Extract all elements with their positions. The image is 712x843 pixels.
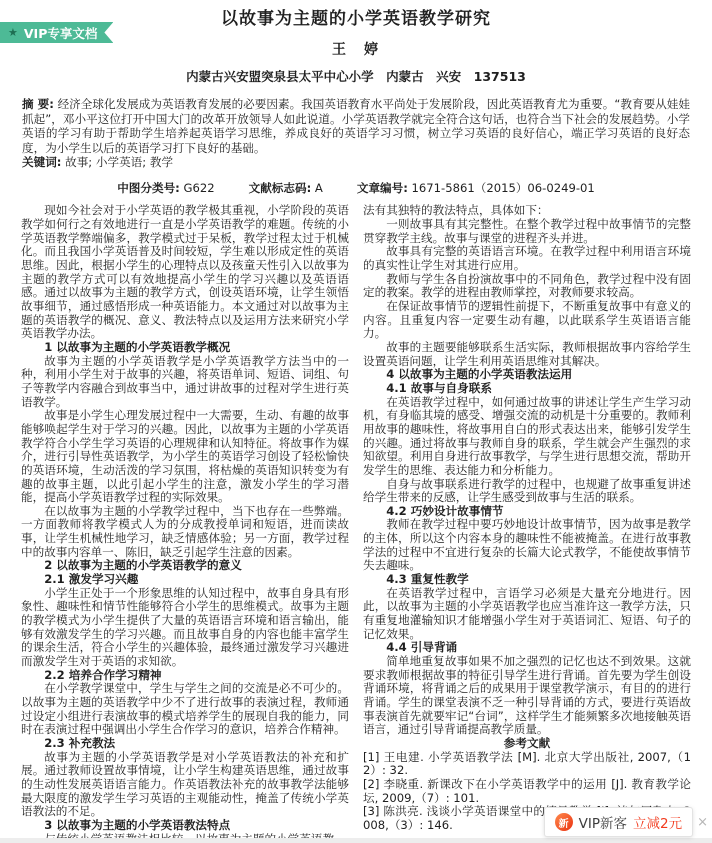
abstract-text: 经济全球化发展成为英语教育发展的必要因素。我国英语教育水平尚处于发展阶段，因此英… — [22, 97, 690, 155]
paragraph: 故事为主题的小学英语教学是小学英语教学方法当中的一种，利用小学生对于故事的兴趣，… — [21, 355, 349, 410]
right-column: 法有其独特的教法特点，具体如下：一则故事具有其完整性。在整个教学过程中故事情节的… — [363, 204, 691, 843]
star-icon: ★ — [8, 26, 18, 39]
paragraph: 法有其独特的教法特点，具体如下： — [363, 204, 691, 218]
paragraph: 简单地重复故事如果不加之强烈的记忆也达不到效果。这就要求教师根据故事的特征引导学… — [363, 655, 691, 737]
section-heading: 2.3 补充教法 — [21, 737, 349, 751]
paragraph: 故事为主题的小学英语教学是对小学英语教法的补充和扩展。通过教师设置故事情境，让小… — [21, 751, 349, 819]
paragraph: 在英语教学过程中，如何通过故事的讲述让学生产生学习动机，有身临其境的感受、增强交… — [363, 396, 691, 478]
paragraph: 一则故事具有其完整性。在整个教学过程中故事情节的完整贯穿教学主线。故事与课堂的进… — [363, 218, 691, 245]
paragraph: 教师在教学过程中要巧妙地设计故事情节，因为故事是教学的主体，所以这个内容本身的趣… — [363, 518, 691, 573]
vip-document-ribbon[interactable]: ★ VIP专享文档 — [0, 22, 113, 43]
section-heading: 4.4 引导背诵 — [363, 641, 691, 655]
references-heading: 参考文献 — [363, 737, 691, 751]
document-code: 文献标志码: A — [249, 180, 323, 196]
vip-promo-badge[interactable]: 新 VIP新客立减2元 — [544, 807, 693, 837]
vip-ribbon-label: VIP专享文档 — [24, 24, 98, 42]
reference-item: [2] 李晓重. 新课改下在小学英语教学中的运用 [J]. 教育教学论坛, 20… — [363, 778, 691, 805]
paragraph: 在英语教学过程中，言语学习必须是大量充分地进行。因此，以故事为主题的小学英语教学… — [363, 587, 691, 642]
section-heading: 2.2 培养合作学习精神 — [21, 669, 349, 683]
author-affiliation: 内蒙古兴安盟突泉县太平中心小学 内蒙古 兴安 137513 — [0, 67, 712, 85]
section-heading: 2.1 激发学习兴趣 — [21, 573, 349, 587]
paragraph: 现如今社会对于小学英语的教学极其重视，小学阶段的英语教学如何行之有效地进行一直是… — [21, 204, 349, 341]
paragraph: 教师与学生各自扮演故事中的不同角色，教学过程中没有固定的教案。教学的进程由教师掌… — [363, 273, 691, 300]
page-title: 以故事为主题的小学英语教学研究 — [40, 4, 672, 29]
paragraph: 在保证故事情节的逻辑性前提下，不断重复故事中有意义的内容。且重复内容一定要生动有… — [363, 300, 691, 341]
vip-promo-container: 新 VIP新客立减2元 × — [544, 807, 708, 837]
paragraph: 故事的主题要能够联系生活实际，教师根据故事内容给学生设置英语问题，让学生利用英语… — [363, 341, 691, 368]
paragraph: 在小学教学课堂中，学生与学生之间的交流是必不可少的。以故事为主题的英语教学中少不… — [21, 682, 349, 737]
left-column: 现如今社会对于小学英语的教学极其重视，小学阶段的英语教学如何行之有效地进行一直是… — [21, 204, 349, 843]
paragraph: 故事具有完整的英语语言环境。在教学过程中利用语言环境的真实性让学生对其进行应用。 — [363, 245, 691, 272]
article-body: 现如今社会对于小学英语的教学极其重视，小学阶段的英语教学如何行之有效地进行一直是… — [21, 204, 691, 843]
document-page: ★ VIP专享文档 以故事为主题的小学英语教学研究 王 婷 内蒙古兴安盟突泉县太… — [0, 0, 712, 843]
section-heading: 3 以故事为主题的小学英语教法特点 — [21, 819, 349, 833]
page-bottom-strip — [0, 838, 712, 843]
section-heading: 4 以故事为主题的小学英语教法运用 — [363, 368, 691, 382]
clc-number: 中图分类号: G622 — [117, 180, 214, 196]
section-heading: 4.1 故事与自身联系 — [363, 382, 691, 396]
article-meta: 中图分类号: G622 文献标志码: A 文章编号: 1671-5861（201… — [0, 180, 712, 196]
new-customer-icon: 新 — [555, 813, 573, 831]
paragraph: 故事是小学生心理发展过程中一大需要，生动、有趣的故事能够唤起学生对于学习的兴趣。… — [21, 409, 349, 505]
section-heading: 1 以故事为主题的小学英语教学概况 — [21, 341, 349, 355]
close-icon[interactable]: × — [697, 815, 708, 830]
abstract: 摘 要: 经济全球化发展成为英语教育发展的必要因素。我国英语教育水平尚处于发展阶… — [22, 97, 690, 155]
paragraph: 在以故事为主题的小学教学过程中，当下也存在一些弊端。一方面教师将教学模式人为的分… — [21, 505, 349, 560]
article-id: 文章编号: 1671-5861（2015）06-0249-01 — [357, 180, 595, 196]
reference-item: [1] 王电建. 小学英语教学法 [M]. 北京大学出版社, 2007,（12）… — [363, 751, 691, 778]
section-heading: 2 以故事为主题的小学英语教学的意义 — [21, 559, 349, 573]
keywords-label: 关键词: — [22, 155, 61, 169]
abstract-label: 摘 要: — [22, 97, 54, 111]
section-heading: 4.2 巧妙设计故事情节 — [363, 505, 691, 519]
promo-label: VIP新客 — [579, 812, 627, 832]
promo-discount: 立减2元 — [633, 812, 682, 832]
keywords-line: 关键词: 故事; 小学英语; 教学 — [22, 155, 690, 170]
paragraph: 小学生正处于一个形象思维的认知过程中，故事自身具有形象性、趣味性和情节性能够符合… — [21, 587, 349, 669]
paragraph: 自身与故事联系进行教学的过程中，也规避了故事重复讲述给学生带来的反感，让学生感受… — [363, 478, 691, 505]
keywords-text: 故事; 小学英语; 教学 — [61, 155, 173, 169]
section-heading: 4.3 重复性教学 — [363, 573, 691, 587]
